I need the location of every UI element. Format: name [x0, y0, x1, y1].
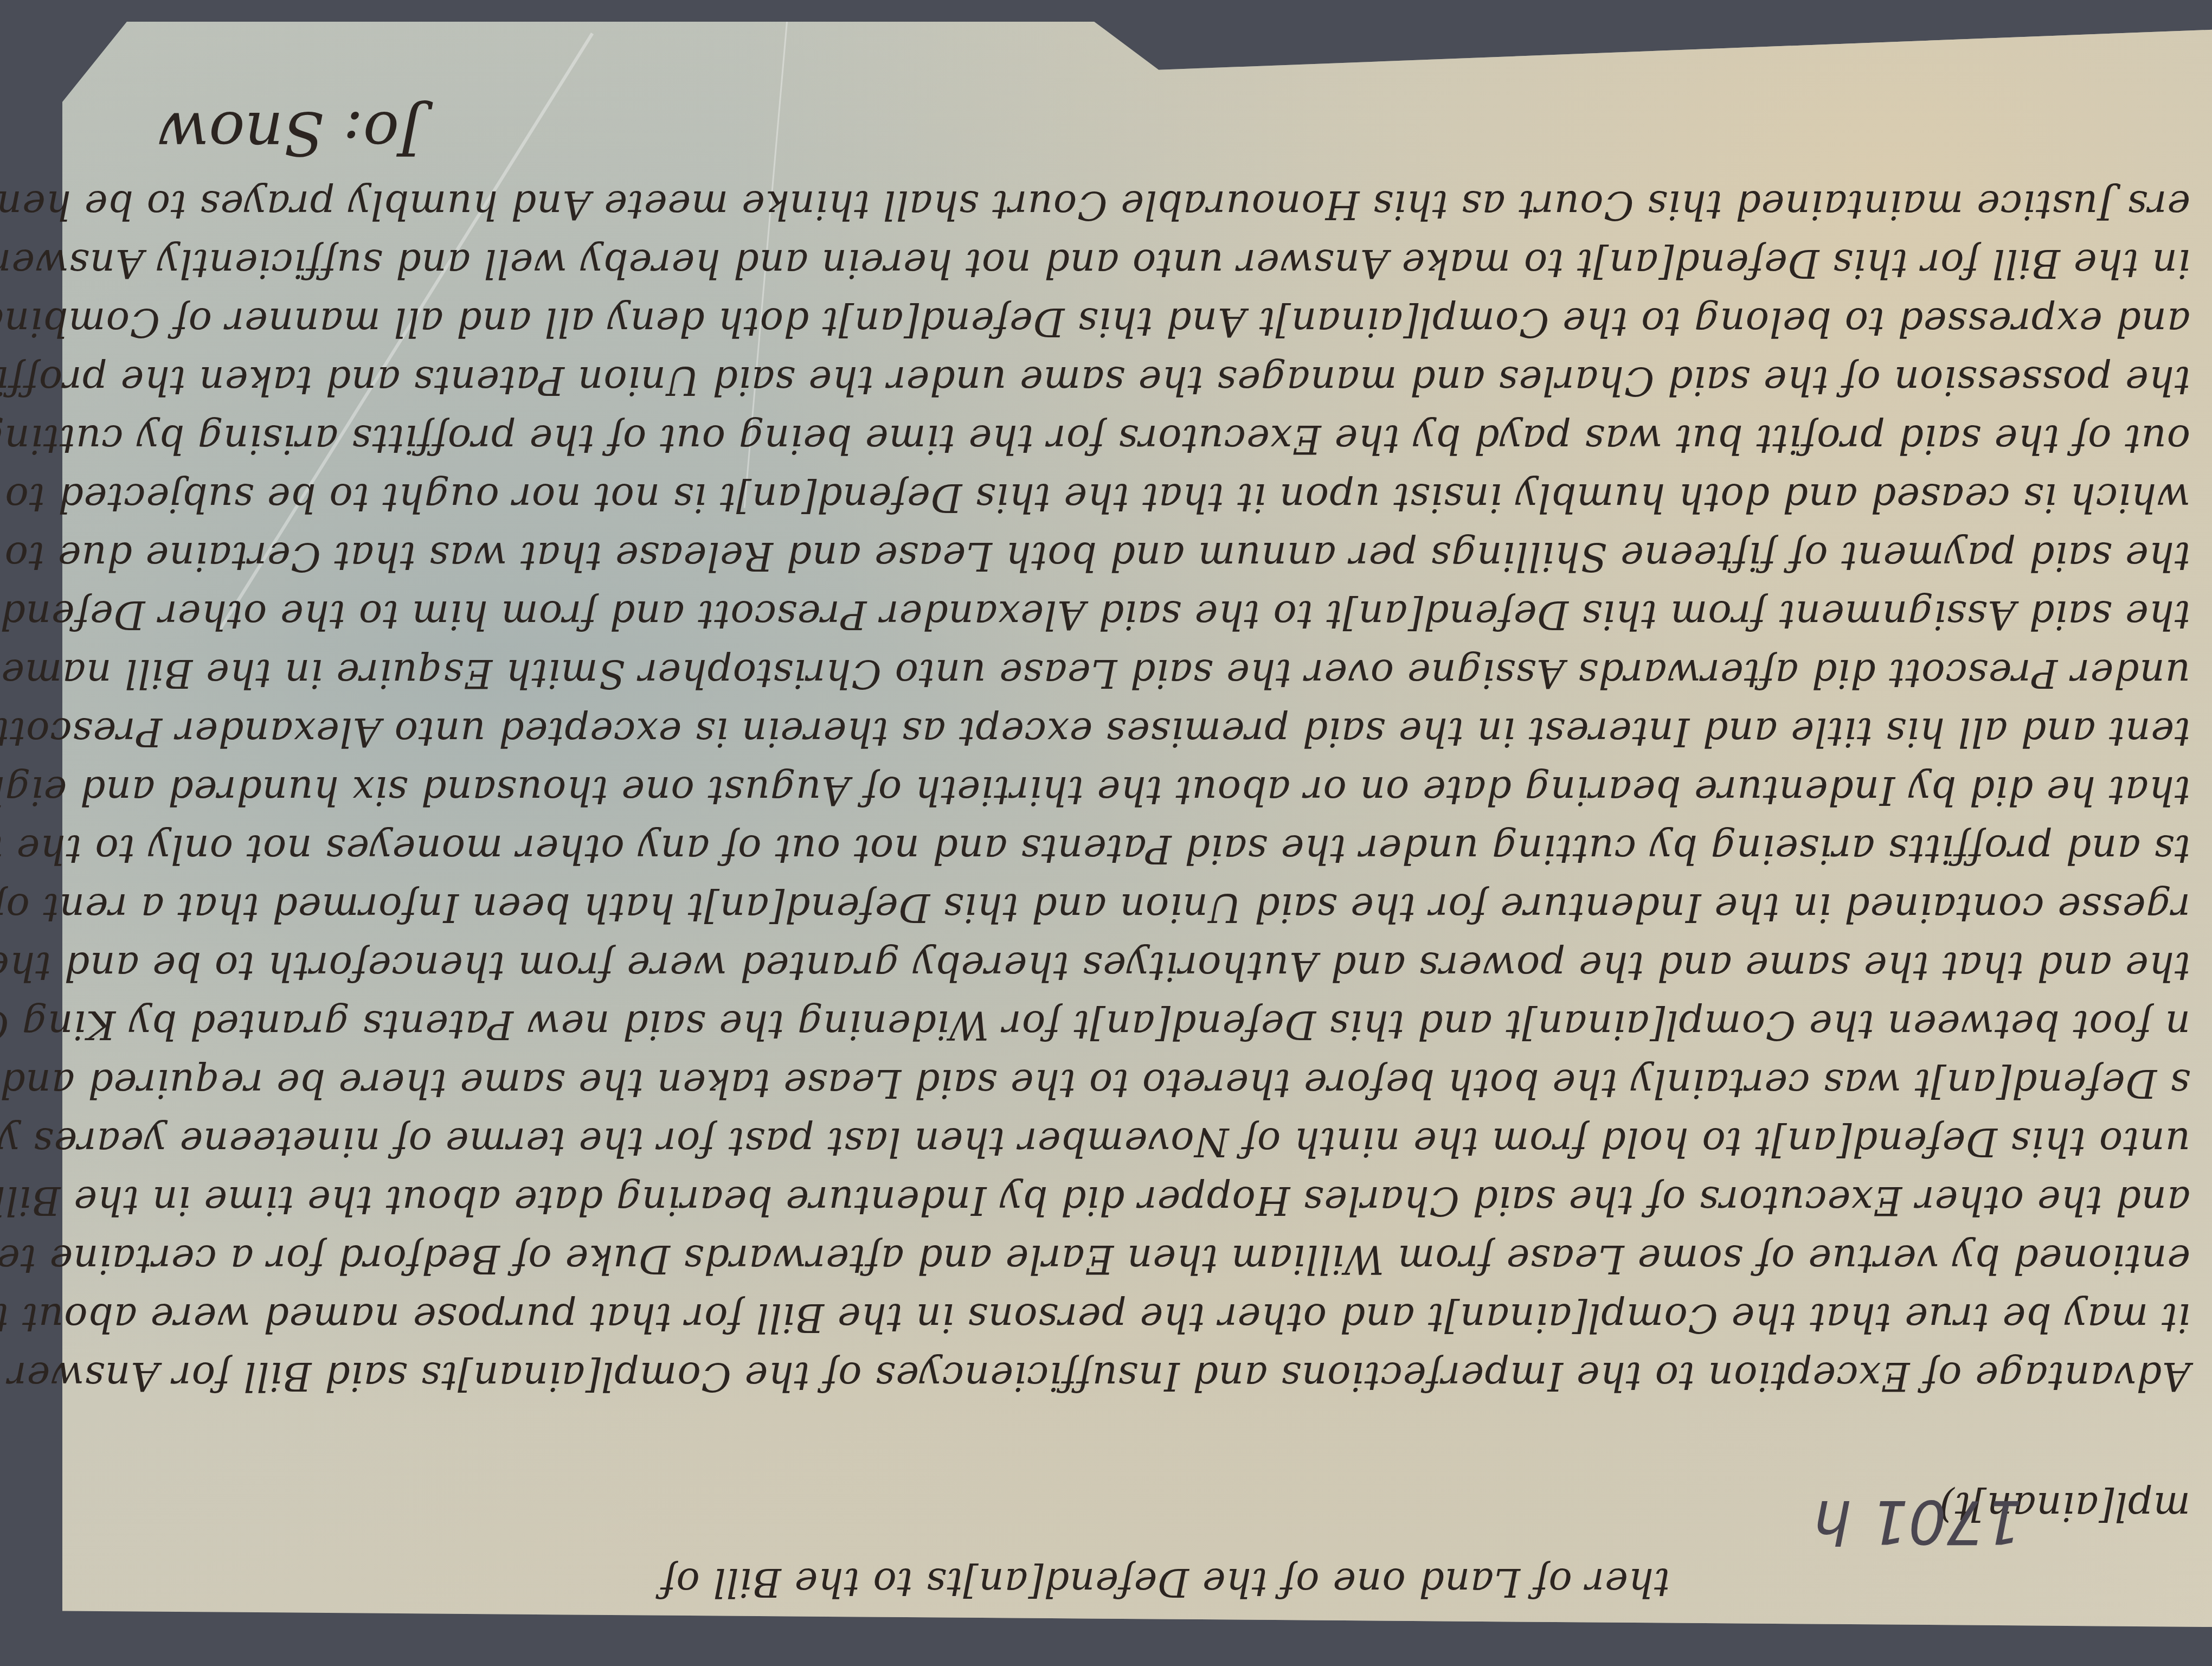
manuscript-line: and the other Executors of the said Char… [0, 1178, 2190, 1223]
pencil-margin-note: 1701 h [1814, 1487, 2022, 1556]
manuscript-line: that he did by Indenture bearing date on… [0, 768, 2190, 813]
heading-fragment: ther of Land one of the Defend[an]ts to … [661, 1560, 1670, 1605]
manuscript-line: rgesse contained in the Indenture for th… [0, 885, 2190, 931]
manuscript-line: under Prescott did afterwards Assigne ov… [0, 651, 2190, 696]
manuscript-line: ts and proffitts ariseing by cutting und… [0, 826, 2190, 872]
manuscript-line: which is ceased and doth humbly insist u… [0, 475, 2190, 521]
manuscript-line: tent and all his title and Interest in t… [0, 709, 2190, 755]
manuscript-line: s Defend[an]t was certainly the both bef… [0, 1061, 2190, 1106]
signature: Jo: Snow [158, 99, 423, 168]
manuscript-line: the said payment of fifteene Shillings p… [0, 534, 2190, 579]
manuscript-line: out of the said profitt but was payd by … [0, 416, 2190, 462]
manuscript-text-rotated: ther of Land one of the Defend[an]ts to … [62, 22, 2212, 1627]
manuscript-line: entioned by vertue of some Lease from Wi… [0, 1236, 2190, 1282]
manuscript-line: n foot between the Compl[ainan]t and thi… [0, 1002, 2190, 1048]
manuscript-line: and expressed to belong to the Compl[ain… [0, 299, 2190, 345]
manuscript-line: unto this Defend[an]t to hold from the n… [0, 1119, 2190, 1165]
manuscript-line: ers Justice maintained this Court as thi… [0, 182, 2190, 228]
photo-stage: ther of Land one of the Defend[an]ts to … [0, 0, 2212, 1666]
manuscript-line: it may be true that the Compl[ainan]t an… [0, 1295, 2190, 1341]
manuscript-line: the possession of the said Charles and m… [0, 358, 2190, 403]
manuscript-line: the said Assignment from this Defend[an]… [0, 592, 2190, 638]
manuscript-line: in the Bill for this Defend[an]t to make… [0, 241, 2190, 286]
manuscript-line: the and that the same and the powers and… [0, 944, 2190, 989]
manuscript-line: Advantage of Exception to the Imperfecti… [0, 1354, 2190, 1399]
